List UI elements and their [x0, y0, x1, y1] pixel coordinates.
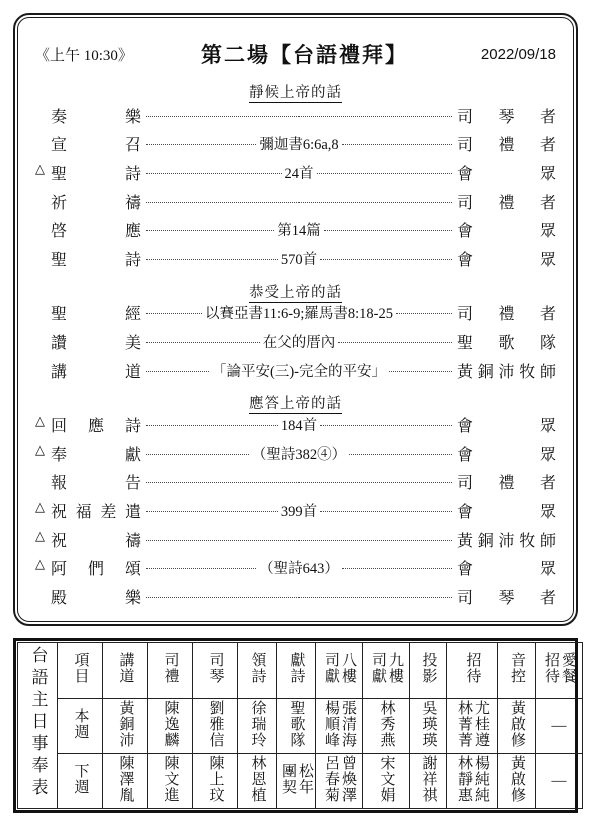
duty-col-header: 司禮 — [148, 643, 193, 699]
duty-col-header-text: 司禮 — [162, 652, 179, 684]
section-heading-3: 應答上帝的話 — [35, 384, 556, 410]
program-row: △ 祝禱 黃銅沛牧師 — [35, 525, 556, 554]
duty-cell: — — [536, 699, 583, 754]
duty-col-header: 投影 — [410, 643, 447, 699]
dotted-leader: 彌迦書6:6a,8 — [146, 133, 452, 154]
section-heading-1: 靜候上帝的話 — [35, 69, 556, 101]
duty-cell-text: 曾煥澤 呂春菊 — [322, 755, 356, 803]
program-item-name: 報告 — [51, 470, 141, 493]
program-row: △ 祝福差遣 399首 會眾 — [35, 496, 556, 525]
program-row: 殿樂 司琴者 — [35, 582, 556, 611]
dotted-leader: （聖詩643） — [146, 557, 452, 578]
duty-cell-text: 吳瑛瑛 — [420, 700, 437, 748]
duty-cell-text: 黃啟修 — [508, 755, 525, 803]
program-center-text: 以賽亞書11:6-9;羅馬書8:18-25 — [202, 302, 396, 323]
dotted-leader: 在父的厝內 — [146, 331, 452, 352]
dotted-leader — [146, 481, 452, 482]
duty-cell-text: 黃銅沛 — [117, 700, 134, 748]
stand-marker: △ — [35, 528, 51, 551]
program-role: 會眾 — [457, 218, 556, 241]
program-item: △ 聖詩 — [35, 161, 141, 184]
program-row: △ 阿們頌 （聖詩643） 會眾 — [35, 553, 556, 582]
stand-marker — [35, 470, 51, 493]
program-role: 司琴者 — [457, 104, 556, 127]
duty-cell-text: 陳逸麟 — [162, 700, 179, 748]
program-center-text: 184首 — [278, 414, 320, 435]
stand-marker — [35, 585, 51, 608]
masthead: 《上午 10:30》 第二場【台語禮拜】 2022/09/18 — [35, 39, 556, 69]
duty-cell: 徐瑞玲 — [238, 699, 277, 754]
program-row: 報告 司禮者 — [35, 468, 556, 497]
program-item-name: 聖詩 — [51, 247, 141, 270]
program-item: △ 祝禱 — [35, 528, 141, 551]
program-role: 司禮者 — [457, 301, 556, 324]
program-item-name: 講道 — [51, 359, 141, 382]
program-role: 會眾 — [457, 247, 556, 270]
stand-marker: △ — [35, 413, 51, 436]
duty-col-header: 愛餐 招待 — [536, 643, 583, 699]
program-row: 宣召 彌迦書6:6a,8 司禮者 — [35, 130, 556, 159]
duty-cell: 林恩植 — [238, 754, 277, 809]
program-role: 司禮者 — [457, 132, 556, 155]
duty-cell-text: 林恩植 — [249, 755, 266, 803]
duty-cell-text: 尤桂遵 林菁菁 — [455, 700, 489, 748]
dotted-leader — [146, 201, 452, 202]
dotted-leader: 570首 — [146, 248, 452, 269]
duty-col-header: 招待 — [447, 643, 498, 699]
duty-cell-text: 松年 團契 — [279, 763, 313, 795]
duty-row-this-week: 本週 黃銅沛 陳逸麟 劉雅信 徐瑞玲 聖歌隊 張清海 楊順峰 林秀燕 吳瑛瑛 尤… — [18, 699, 583, 754]
program-item-name: 回應詩 — [51, 413, 141, 436]
program-center-text: （聖詩643） — [256, 557, 342, 578]
duty-cell: 黃銅沛 — [103, 699, 148, 754]
program-role: 司禮者 — [457, 190, 556, 213]
duty-cell-dash: — — [552, 773, 567, 789]
program-row: 祈禱 司禮者 — [35, 187, 556, 216]
program-item: 聖經 — [35, 301, 141, 324]
program-item-name: 宣召 — [51, 132, 141, 155]
duty-cell: 宋文娟 — [363, 754, 410, 809]
program-row: △ 聖詩 24首 會眾 — [35, 158, 556, 187]
duty-cell: 聖歌隊 — [277, 699, 316, 754]
duty-col-header-text: 投影 — [420, 652, 437, 684]
duty-col-header-text: 愛餐 招待 — [542, 652, 576, 684]
program-item-name: 讚美 — [51, 330, 141, 353]
duty-cell: 陳上玟 — [193, 754, 238, 809]
duty-cell-text: 陳澤胤 — [117, 755, 134, 803]
duty-cell: — — [536, 754, 583, 809]
program-item-name: 祝福差遣 — [51, 499, 141, 522]
program-item: △ 祝福差遣 — [35, 499, 141, 522]
page-title: 第二場【台語禮拜】 — [153, 39, 456, 69]
duty-cell: 林秀燕 — [363, 699, 410, 754]
duty-row-label-cell: 下週 — [58, 754, 103, 809]
duty-col-header-text: 招待 — [464, 652, 481, 684]
duty-col-header: 項目 — [58, 643, 103, 699]
program-item: △ 回應詩 — [35, 413, 141, 436]
stand-marker — [35, 218, 51, 241]
program-row: 聖經 以賽亞書11:6-9;羅馬書8:18-25 司禮者 — [35, 299, 556, 328]
stand-marker: △ — [35, 556, 51, 579]
duty-col-header-text: 音控 — [508, 652, 525, 684]
duty-col-header-text: 領詩 — [249, 652, 266, 684]
stand-marker: △ — [35, 161, 51, 184]
duty-col-header-text: 項目 — [72, 652, 89, 684]
duty-col-header: 司琴 — [193, 643, 238, 699]
section-heading-text: 恭受上帝的話 — [249, 285, 342, 303]
program-row: 讚美 在父的厝內 聖歌隊 — [35, 327, 556, 356]
program-item-name: 祝禱 — [51, 528, 141, 551]
duty-col-header-text: 九樓 司獻 — [369, 652, 403, 684]
duty-cell-text: 林秀燕 — [378, 700, 395, 748]
program-item: 啓應 — [35, 218, 141, 241]
duty-cell-text: 陳文進 — [162, 755, 179, 803]
duty-cell: 黃啟修 — [498, 699, 536, 754]
duty-side-label-cell: 台語主日事奉表 — [18, 643, 58, 809]
duty-cell: 吳瑛瑛 — [410, 699, 447, 754]
program-role: 聖歌隊 — [457, 330, 556, 353]
duty-header-row: 台語主日事奉表 項目 講道 司禮 司琴 領詩 獻詩 八樓 司獻 九樓 司獻 投影… — [18, 643, 583, 699]
stand-marker — [35, 301, 51, 324]
duty-cell: 尤桂遵 林菁菁 — [447, 699, 498, 754]
program-role: 會眾 — [457, 442, 556, 465]
stand-marker — [35, 247, 51, 270]
duty-table: 台語主日事奉表 項目 講道 司禮 司琴 領詩 獻詩 八樓 司獻 九樓 司獻 投影… — [17, 642, 583, 809]
duty-col-header-text: 獻詩 — [288, 652, 305, 684]
service-date: 2022/09/18 — [456, 46, 556, 63]
program-row: 聖詩 570首 會眾 — [35, 244, 556, 273]
duty-side-label: 台語主日事奉表 — [28, 646, 48, 800]
duty-col-header-text: 八樓 司獻 — [322, 652, 356, 684]
program-row: 奏樂 司琴者 — [35, 101, 556, 130]
program-item: 祈禱 — [35, 190, 141, 213]
duty-row-label-cell: 本週 — [58, 699, 103, 754]
program-role: 會眾 — [457, 499, 556, 522]
program-item-name: 啓應 — [51, 218, 141, 241]
duty-col-header: 九樓 司獻 — [363, 643, 410, 699]
program-item-name: 聖詩 — [51, 161, 141, 184]
duty-col-header-text: 講道 — [117, 652, 134, 684]
duty-cell-text: 徐瑞玲 — [249, 700, 266, 748]
program-item: △ 奉獻 — [35, 442, 141, 465]
program-center-text: 在父的厝內 — [260, 331, 339, 352]
stand-marker: △ — [35, 442, 51, 465]
dotted-leader: 第14篇 — [146, 219, 452, 240]
program-item: 聖詩 — [35, 247, 141, 270]
program-item: △ 阿們頌 — [35, 556, 141, 579]
stand-marker — [35, 132, 51, 155]
program-row: △ 奉獻 （聖詩382④） 會眾 — [35, 439, 556, 468]
duty-col-header: 講道 — [103, 643, 148, 699]
stand-marker — [35, 359, 51, 382]
program-center-text: 第14篇 — [274, 219, 324, 240]
duty-cell-text: 張清海 楊順峰 — [322, 700, 356, 748]
duty-cell: 陳逸麟 — [148, 699, 193, 754]
duty-table-frame: 台語主日事奉表 項目 講道 司禮 司琴 領詩 獻詩 八樓 司獻 九樓 司獻 投影… — [13, 638, 578, 813]
duty-col-header: 音控 — [498, 643, 536, 699]
duty-cell: 曾煥澤 呂春菊 — [316, 754, 363, 809]
program-item-name: 殿樂 — [51, 585, 141, 608]
program-role: 會眾 — [457, 413, 556, 436]
section-heading-text: 應答上帝的話 — [249, 396, 342, 414]
duty-cell-text: 陳上玟 — [207, 755, 224, 803]
program-item: 讚美 — [35, 330, 141, 353]
program-item-name: 聖經 — [51, 301, 141, 324]
program-item-name: 祈禱 — [51, 190, 141, 213]
duty-col-header: 獻詩 — [277, 643, 316, 699]
program-item-name: 奏樂 — [51, 104, 141, 127]
duty-row-next-week: 下週 陳澤胤 陳文進 陳上玟 林恩植 松年 團契 曾煥澤 呂春菊 宋文娟 謝祥祺… — [18, 754, 583, 809]
program-role: 黃銅沛牧師 — [457, 359, 556, 382]
duty-cell: 楊純純 林靜惠 — [447, 754, 498, 809]
dotted-leader — [146, 539, 452, 540]
duty-cell-text: 宋文娟 — [378, 755, 395, 803]
stand-marker — [35, 190, 51, 213]
program-center-text: 「論平安(三)-完全的平安」 — [209, 360, 389, 381]
duty-cell-text: 黃啟修 — [508, 700, 525, 748]
duty-row-label: 本週 — [72, 708, 89, 740]
dotted-leader — [146, 115, 452, 116]
program-role: 司禮者 — [457, 470, 556, 493]
program-item-name: 阿們頌 — [51, 556, 141, 579]
duty-cell-text: 楊純純 林靜惠 — [455, 755, 489, 803]
program-item: 報告 — [35, 470, 141, 493]
duty-cell-dash: — — [552, 718, 567, 734]
program-center-text: 399首 — [278, 500, 320, 521]
program-item-name: 奉獻 — [51, 442, 141, 465]
program-row: △ 回應詩 184首 會眾 — [35, 410, 556, 439]
duty-cell: 劉雅信 — [193, 699, 238, 754]
stand-marker: △ — [35, 499, 51, 522]
program-row: 講道 「論平安(三)-完全的平安」 黃銅沛牧師 — [35, 356, 556, 385]
service-time: 《上午 10:30》 — [35, 44, 153, 65]
duty-col-header: 領詩 — [238, 643, 277, 699]
sheet-content: 《上午 10:30》 第二場【台語禮拜】 2022/09/18 靜候上帝的話 奏… — [15, 15, 576, 624]
duty-cell: 陳澤胤 — [103, 754, 148, 809]
duty-cell-text: 聖歌隊 — [288, 700, 305, 748]
duty-cell: 黃啟修 — [498, 754, 536, 809]
program-item: 講道 — [35, 359, 141, 382]
duty-cell-text: 謝祥祺 — [420, 755, 437, 803]
dotted-leader: 184首 — [146, 414, 452, 435]
duty-col-header-text: 司琴 — [207, 652, 224, 684]
program-item: 奏樂 — [35, 104, 141, 127]
program-role: 司琴者 — [457, 585, 556, 608]
stand-marker — [35, 104, 51, 127]
duty-col-header: 八樓 司獻 — [316, 643, 363, 699]
stand-marker — [35, 330, 51, 353]
duty-row-label: 下週 — [72, 763, 89, 795]
dotted-leader — [146, 596, 452, 597]
program-center-text: 彌迦書6:6a,8 — [256, 133, 341, 154]
program-item: 宣召 — [35, 132, 141, 155]
program-center-text: 24首 — [282, 162, 317, 183]
duty-cell: 陳文進 — [148, 754, 193, 809]
duty-cell: 張清海 楊順峰 — [316, 699, 363, 754]
section-heading-text: 靜候上帝的話 — [249, 85, 342, 103]
program-row: 啓應 第14篇 會眾 — [35, 215, 556, 244]
program-role: 會眾 — [457, 556, 556, 579]
duty-cell: 松年 團契 — [277, 754, 316, 809]
service-bulletin-sheet: 《上午 10:30》 第二場【台語禮拜】 2022/09/18 靜候上帝的話 奏… — [13, 13, 578, 626]
dotted-leader: 以賽亞書11:6-9;羅馬書8:18-25 — [146, 302, 452, 323]
dotted-leader: 399首 — [146, 500, 452, 521]
program-item: 殿樂 — [35, 585, 141, 608]
program-role: 黃銅沛牧師 — [457, 528, 556, 551]
dotted-leader: （聖詩382④） — [146, 443, 452, 464]
duty-cell: 謝祥祺 — [410, 754, 447, 809]
dotted-leader: 24首 — [146, 162, 452, 183]
program-center-text: （聖詩382④） — [249, 443, 349, 464]
program-center-text: 570首 — [278, 248, 320, 269]
section-heading-2: 恭受上帝的話 — [35, 273, 556, 299]
program-role: 會眾 — [457, 161, 556, 184]
dotted-leader: 「論平安(三)-完全的平安」 — [146, 360, 452, 381]
duty-cell-text: 劉雅信 — [207, 700, 224, 748]
